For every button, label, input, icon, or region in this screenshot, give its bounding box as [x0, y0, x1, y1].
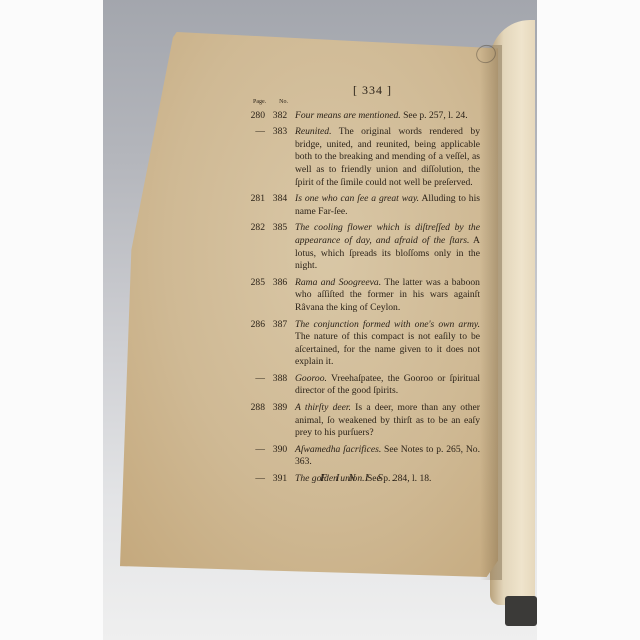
- finis-text: FINIS.: [320, 472, 404, 484]
- note-title: The cooling flower which is diſtreſſed b…: [295, 222, 480, 246]
- note-entry: 281384Is one who can ſee a great way. Al…: [245, 193, 480, 218]
- note-number: 388: [265, 373, 295, 398]
- note-text: The nature of this compact is not eaſily…: [295, 331, 480, 367]
- note-entry: 288389A thirſty deer. Is a deer, more th…: [245, 402, 480, 440]
- note-page: —: [245, 473, 265, 486]
- note-title: Four means are mentioned.: [295, 110, 401, 121]
- note-body: The cooling flower which is diſtreſſed b…: [295, 222, 480, 272]
- note-title: A thirſty deer.: [295, 402, 351, 413]
- note-title: Gooroo.: [295, 373, 327, 384]
- note-number: 391: [265, 473, 295, 486]
- note-title: Is one who can ſee a great way.: [295, 193, 419, 204]
- note-title: Reunited.: [295, 126, 332, 137]
- note-entry: 282385The cooling flower which is diſtre…: [245, 222, 480, 272]
- note-page: 288: [245, 402, 265, 440]
- note-body: Four means are mentioned. See p. 257, l.…: [295, 110, 480, 123]
- note-entry: —388Gooroo. Vreehaſpatee, the Gooroo or …: [245, 373, 480, 398]
- book-binding: [505, 596, 537, 626]
- col-header-number: No.: [279, 99, 288, 106]
- note-entry: 286387The conjunction formed with one's …: [245, 319, 480, 369]
- note-entry: —390Aſwamedha ſacrifices. See Notes to p…: [245, 444, 480, 469]
- col-header-page: Page.: [253, 99, 266, 106]
- note-number: 383: [265, 126, 295, 189]
- note-number: 390: [265, 444, 295, 469]
- note-body: Is one who can ſee a great way. Alluding…: [295, 193, 480, 218]
- note-entry: 280382Four means are mentioned. See p. 2…: [245, 110, 480, 123]
- note-number: 386: [265, 277, 295, 315]
- note-entry: —383Reunited. The original words rendere…: [245, 126, 480, 189]
- note-number: 384: [265, 193, 295, 218]
- note-body: The conjunction formed with one's own ar…: [295, 319, 480, 369]
- note-page: —: [245, 126, 265, 189]
- note-title: Rama and Soogreeva.: [295, 277, 381, 288]
- note-body: Aſwamedha ſacrifices. See Notes to p. 26…: [295, 444, 480, 469]
- note-number: 387: [265, 319, 295, 369]
- note-title: The conjunction formed with one's own ar…: [295, 319, 480, 330]
- note-body: Reunited. The original words rendered by…: [295, 126, 480, 189]
- note-page: 282: [245, 222, 265, 272]
- note-page: —: [245, 373, 265, 398]
- white-margin: [537, 0, 640, 640]
- note-page: 286: [245, 319, 265, 369]
- note-number: 389: [265, 402, 295, 440]
- note-body: Rama and Soogreeva. The latter was a bab…: [295, 277, 480, 315]
- page-gutter-shadow: [480, 45, 502, 580]
- note-body: Gooroo. Vreehaſpatee, the Gooroo or ſpir…: [295, 373, 480, 398]
- note-page: 280: [245, 110, 265, 123]
- note-number: 382: [265, 110, 295, 123]
- note-page: —: [245, 444, 265, 469]
- column-headers: Page. No.: [253, 99, 480, 106]
- note-entry: 285386Rama and Soogreeva. The latter was…: [245, 277, 480, 315]
- note-text: See p. 257, l. 24.: [401, 110, 468, 121]
- note-page: 285: [245, 277, 265, 315]
- note-body: A thirſty deer. Is a deer, more than any…: [295, 402, 480, 440]
- note-title: Aſwamedha ſacrifices.: [295, 444, 381, 455]
- note-page: 281: [245, 193, 265, 218]
- note-number: 385: [265, 222, 295, 272]
- page-number: [ 334 ]: [265, 84, 480, 97]
- notes-text: [ 334 ] Page. No. 280382Four means are m…: [245, 84, 480, 486]
